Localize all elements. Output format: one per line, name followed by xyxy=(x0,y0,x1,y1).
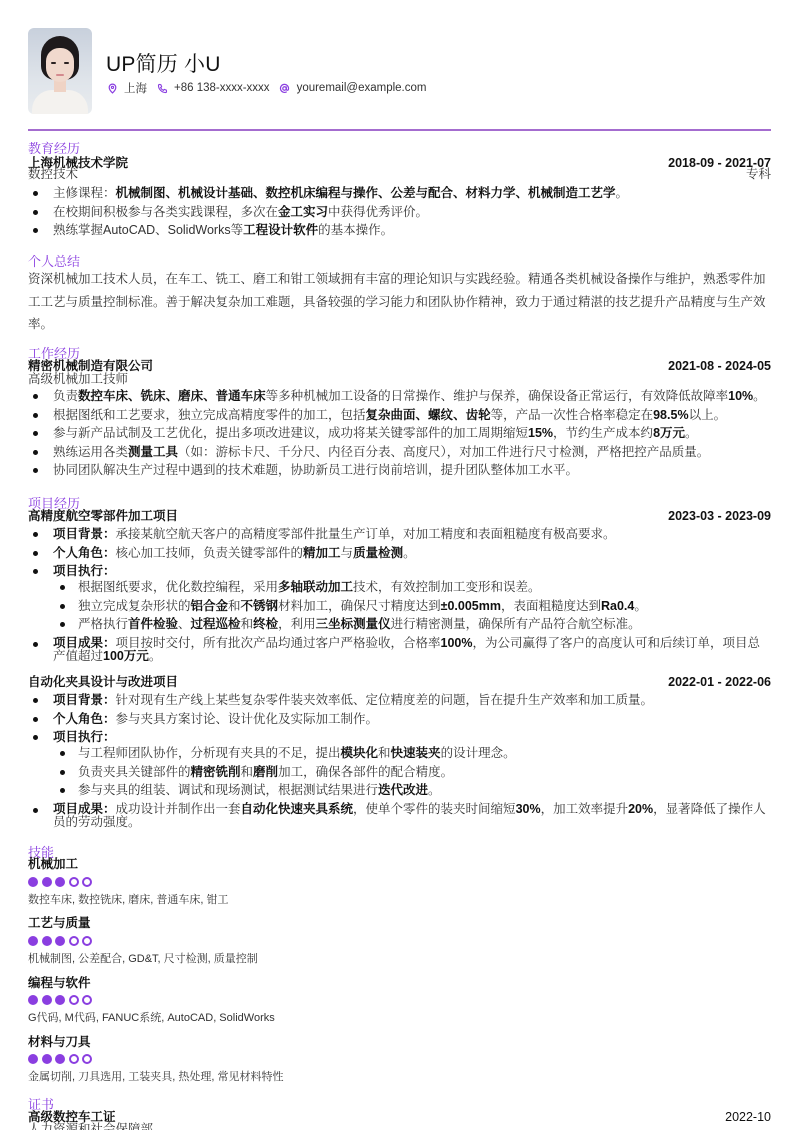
sub-list: 根据图纸要求，优化数控编程，采用多轴联动加工技术，有效控制加工变形和误差。 独立… xyxy=(53,578,771,634)
rating-dot-filled xyxy=(42,877,52,887)
list-item: 根据图纸和工艺要求，独立完成高精度零件的加工，包括复杂曲面、螺纹、齿轮等，产品一… xyxy=(28,406,771,425)
section-title-summary: 个人总结 xyxy=(28,254,80,269)
rating-dot-filled xyxy=(42,936,52,946)
summary-text: 资深机械加工技术人员，在车工、铣工、磨工和钳工领域拥有丰富的理论知识与实践经验。… xyxy=(28,268,771,336)
list-item: 项目成果：项目按时交付，所有批次产品均通过客户严格验收，合格率100%，为公司赢… xyxy=(28,634,771,665)
rating-dot-filled xyxy=(55,995,65,1005)
at-sign-icon xyxy=(279,82,291,94)
project-dates: 2022-01 - 2022-06 xyxy=(668,675,771,689)
contact-location: 上海 xyxy=(106,80,147,96)
header-divider xyxy=(28,129,771,131)
project-entry-2: 自动化夹具设计与改进项目 2022-01 - 2022-06 xyxy=(28,675,771,689)
skill-tags: 金属切削, 刀具选用, 工装夹具, 热处理, 常见材料特性 xyxy=(28,1071,283,1084)
education-entry: 上海机械技术学院 2018-09 - 2021-07 数控技术 专科 xyxy=(28,155,771,183)
skill-group-name: 编程与软件 xyxy=(28,976,91,990)
rating-dot-filled xyxy=(55,1054,65,1064)
location-pin-icon xyxy=(106,82,118,94)
rating-dot-filled xyxy=(55,877,65,887)
rating-dot-empty xyxy=(69,995,79,1005)
list-item: 与工程师团队协作，分析现有夹具的不足，提出模块化和快速装夹的设计理念。 xyxy=(53,744,771,763)
list-item: 负责夹具关键部件的精密铣削和磨削加工，确保各部件的配合精度。 xyxy=(53,763,771,782)
list-item: 项目执行： 根据图纸要求，优化数控编程，采用多轴联动加工技术，有效控制加工变形和… xyxy=(28,562,771,634)
skill-level-rating xyxy=(28,936,96,946)
list-item: 项目背景：承接某航空航天客户的高精度零部件批量生产订单，对加工精度和表面粗糙度有… xyxy=(28,525,771,544)
contact-info: 上海 +86 138-xxxx-xxxx youremail@example.c… xyxy=(106,80,435,96)
skill-level-rating xyxy=(28,1054,96,1064)
project-entry-1: 高精度航空零部件加工项目 2023-03 - 2023-09 xyxy=(28,509,771,523)
list-item: 个人角色：核心加工技师，负责关键零部件的精加工与质量检测。 xyxy=(28,544,771,563)
project-dates: 2023-03 - 2023-09 xyxy=(668,509,771,523)
list-item: 熟练运用各类测量工具（如：游标卡尺、千分尺、内径百分表、高度尺），对加工件进行尺… xyxy=(28,443,771,462)
work-entry: 精密机械制造有限公司 2021-08 - 2024-05 高级机械加工技师 xyxy=(28,359,771,387)
skill-level-rating xyxy=(28,877,96,887)
list-item: 严格执行首件检验、过程巡检和终检，利用三坐标测量仪进行精密测量，确保所有产品符合… xyxy=(53,615,771,634)
certificate-date: 2022-10 xyxy=(725,1110,771,1124)
skill-level-rating xyxy=(28,995,96,1005)
list-item: 协同团队解决生产过程中遇到的技术难题，协助新员工进行岗前培训，提升团队整体加工水… xyxy=(28,461,771,480)
project-2-bullets: 项目背景：针对现有生产线上某些复杂零件装夹效率低、定位精度差的问题，旨在提升生产… xyxy=(28,691,771,831)
candidate-name: UP简历 小U xyxy=(106,48,221,78)
rating-dot-empty xyxy=(82,1054,92,1064)
list-item: 参与夹具的组装、调试和现场测试，根据测试结果进行迭代改进。 xyxy=(53,781,771,800)
list-item: 在校期间积极参与各类实践课程，多次在金工实习中获得优秀评价。 xyxy=(28,203,771,222)
major: 数控技术 xyxy=(28,167,78,181)
rating-dot-filled xyxy=(28,1054,38,1064)
contact-phone: +86 138-xxxx-xxxx xyxy=(156,82,270,94)
company-name: 精密机械制造有限公司 xyxy=(28,359,153,373)
skill-tags: 机械制图, 公差配合, GD&T, 尺寸检测, 质量控制 xyxy=(28,953,258,966)
project-name: 自动化夹具设计与改进项目 xyxy=(28,675,178,689)
list-item: 熟练掌握AutoCAD、SolidWorks等工程设计软件的基本操作。 xyxy=(28,221,771,240)
certificate-entry: 高级数控车工证 2022-10 人力资源和社会保障部 xyxy=(28,1110,771,1130)
location-text: 上海 xyxy=(124,80,147,96)
rating-dot-empty xyxy=(82,995,92,1005)
education-bullets: 主修课程：机械制图、机械设计基础、数控机床编程与操作、公差与配合、材料力学、机械… xyxy=(28,184,771,240)
rating-dot-empty xyxy=(69,877,79,887)
rating-dot-filled xyxy=(28,877,38,887)
list-item: 负责数控车床、铣床、磨床、普通车床等多种机械加工设备的日常操作、维护与保养，确保… xyxy=(28,387,771,406)
rating-dot-empty xyxy=(82,877,92,887)
profile-photo xyxy=(28,28,92,114)
project-1-bullets: 项目背景：承接某航空航天客户的高精度零部件批量生产订单，对加工精度和表面粗糙度有… xyxy=(28,525,771,665)
rating-dot-filled xyxy=(28,936,38,946)
degree: 专科 xyxy=(746,167,771,181)
job-position: 高级机械加工技师 xyxy=(28,372,128,386)
resume-header: UP简历 小U 上海 +86 138-xxxx-xxxx youremail@e… xyxy=(28,28,771,114)
list-item: 个人角色：参与夹具方案讨论、设计优化及实际加工制作。 xyxy=(28,710,771,729)
rating-dot-empty xyxy=(69,936,79,946)
skill-group-name: 材料与刀具 xyxy=(28,1035,91,1049)
work-dates: 2021-08 - 2024-05 xyxy=(668,359,771,373)
skill-group-name: 机械加工 xyxy=(28,857,78,871)
skill-group-name: 工艺与质量 xyxy=(28,916,91,930)
section-title-education: 教育经历 xyxy=(28,141,80,156)
rating-dot-empty xyxy=(69,1054,79,1064)
rating-dot-filled xyxy=(55,936,65,946)
list-item: 项目背景：针对现有生产线上某些复杂零件装夹效率低、定位精度差的问题，旨在提升生产… xyxy=(28,691,771,710)
rating-dot-empty xyxy=(82,936,92,946)
certificate-issuer: 人力资源和社会保障部 xyxy=(28,1122,153,1130)
phone-text[interactable]: +86 138-xxxx-xxxx xyxy=(174,82,270,94)
project-name: 高精度航空零部件加工项目 xyxy=(28,509,178,523)
rating-dot-filled xyxy=(28,995,38,1005)
list-item: 独立完成复杂形状的铝合金和不锈钢材料加工，确保尺寸精度达到±0.005mm，表面… xyxy=(53,597,771,616)
rating-dot-filled xyxy=(42,995,52,1005)
skill-tags: 数控车床, 数控铣床, 磨床, 普通车床, 钳工 xyxy=(28,894,228,907)
contact-email: youremail@example.com xyxy=(279,82,427,94)
rating-dot-filled xyxy=(42,1054,52,1064)
skill-tags: G代码, M代码, FANUC系统, AutoCAD, SolidWorks xyxy=(28,1012,275,1025)
list-item: 项目成果：成功设计并制作出一套自动化快速夹具系统，使单个零件的装夹时间缩短30%… xyxy=(28,800,771,831)
phone-icon xyxy=(156,82,168,94)
list-item: 主修课程：机械制图、机械设计基础、数控机床编程与操作、公差与配合、材料力学、机械… xyxy=(28,184,771,203)
list-item: 根据图纸要求，优化数控编程，采用多轴联动加工技术，有效控制加工变形和误差。 xyxy=(53,578,771,597)
sub-list: 与工程师团队协作，分析现有夹具的不足，提出模块化和快速装夹的设计理念。 负责夹具… xyxy=(53,744,771,800)
list-item: 参与新产品试制及工艺优化，提出多项改进建议，成功将某关键零部件的加工周期缩短15… xyxy=(28,424,771,443)
email-text[interactable]: youremail@example.com xyxy=(297,82,427,94)
list-item: 项目执行： 与工程师团队协作，分析现有夹具的不足，提出模块化和快速装夹的设计理念… xyxy=(28,728,771,800)
work-bullets: 负责数控车床、铣床、磨床、普通车床等多种机械加工设备的日常操作、维护与保养，确保… xyxy=(28,387,771,480)
